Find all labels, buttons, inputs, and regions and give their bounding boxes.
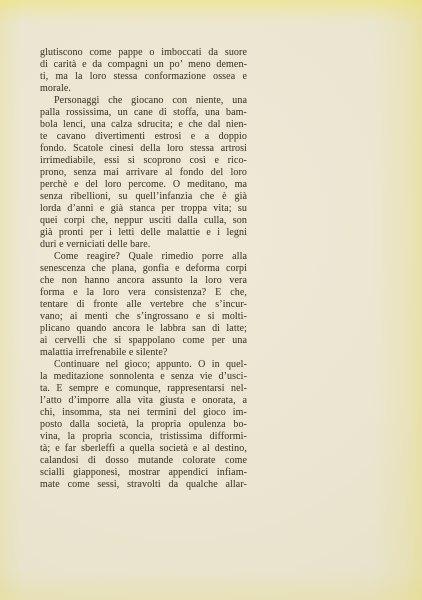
text-line: Come reagire? Quale rimedio porre alla — [40, 251, 247, 263]
text-line: senescenza che plana, gonfia e deforma c… — [40, 263, 247, 275]
text-line: posto dalla società, la propria opulenza… — [40, 419, 247, 431]
text-line: già pronti per i letti delle malattie e … — [40, 227, 247, 239]
text-line: tà; e far sberleffi a quella società e a… — [40, 443, 247, 455]
text-line: che non hanno ancora assunto la loro ver… — [40, 275, 247, 287]
text-line: lorda d’anni e già stanca per troppa vit… — [40, 203, 247, 215]
text-line: forma e la loro vera consistenza? E che, — [40, 287, 247, 299]
text-line: plicano quando ancora le labbra san di l… — [40, 323, 247, 335]
text-line: senza ribellioni, su quell’infanzia che … — [40, 191, 247, 203]
text-line: bola lenci, una calza sdrucita; e che da… — [40, 119, 247, 131]
text-line: la meditazione sonnolenta e senza vie d’… — [40, 371, 247, 383]
text-line: irrimediabile, essi si scoprono così e r… — [40, 155, 247, 167]
text-line: malattia irrefrenabile e silente? — [40, 347, 247, 359]
text-line: quei corpi che, neppur usciti dalla cull… — [40, 215, 247, 227]
text-line: palla rossissima, un cane di stoffa, una… — [40, 107, 247, 119]
text-line: te cavano divertimenti estrosi e a doppi… — [40, 131, 247, 143]
book-page: glutiscono come pappe o imboccati da suo… — [0, 0, 422, 600]
text-line: fondo. Scatole cinesi della loro stessa … — [40, 143, 247, 155]
text-line: di carità e da compagni un po’ meno deme… — [40, 59, 247, 71]
text-line: ti, ma la loro stessa conformazione osse… — [40, 71, 247, 83]
text-line: duri e verniciati delle bare. — [40, 239, 247, 251]
text-line: glutiscono come pappe o imboccati da suo… — [40, 47, 247, 59]
text-line: prono, senza mai arrivare al fondo del l… — [40, 167, 247, 179]
text-line: morale. — [40, 83, 247, 95]
text-line: scialli giapponesi, mostrar appendici in… — [40, 467, 247, 479]
text-line: vina, la propria sconcia, tristissima di… — [40, 431, 247, 443]
text-line: calandosi di dosso mutande colorate come — [40, 455, 247, 467]
text-line: perchè e del loro percome. O meditano, m… — [40, 179, 247, 191]
text-line: Continuare nel gioco; appunto. O in quel… — [40, 359, 247, 371]
text-line: vano; ai menti che s’ingrossano e si mol… — [40, 311, 247, 323]
text-line: ai cervelli che si spappolano come per u… — [40, 335, 247, 347]
text-line: tentare di fronte alle vertebre che s’in… — [40, 299, 247, 311]
text-line: Personaggi che giocano con niente, una — [40, 95, 247, 107]
text-line: chi, insomma, sta nei termini del gioco … — [40, 407, 247, 419]
page-text: glutiscono come pappe o imboccati da suo… — [40, 47, 247, 491]
text-line: mate come sessi, stravolti da qualche al… — [40, 479, 247, 491]
text-line: ta. E sempre e comunque, rappresentarsi … — [40, 383, 247, 395]
text-line: l’atto d’imporre alla vita giusta e onor… — [40, 395, 247, 407]
